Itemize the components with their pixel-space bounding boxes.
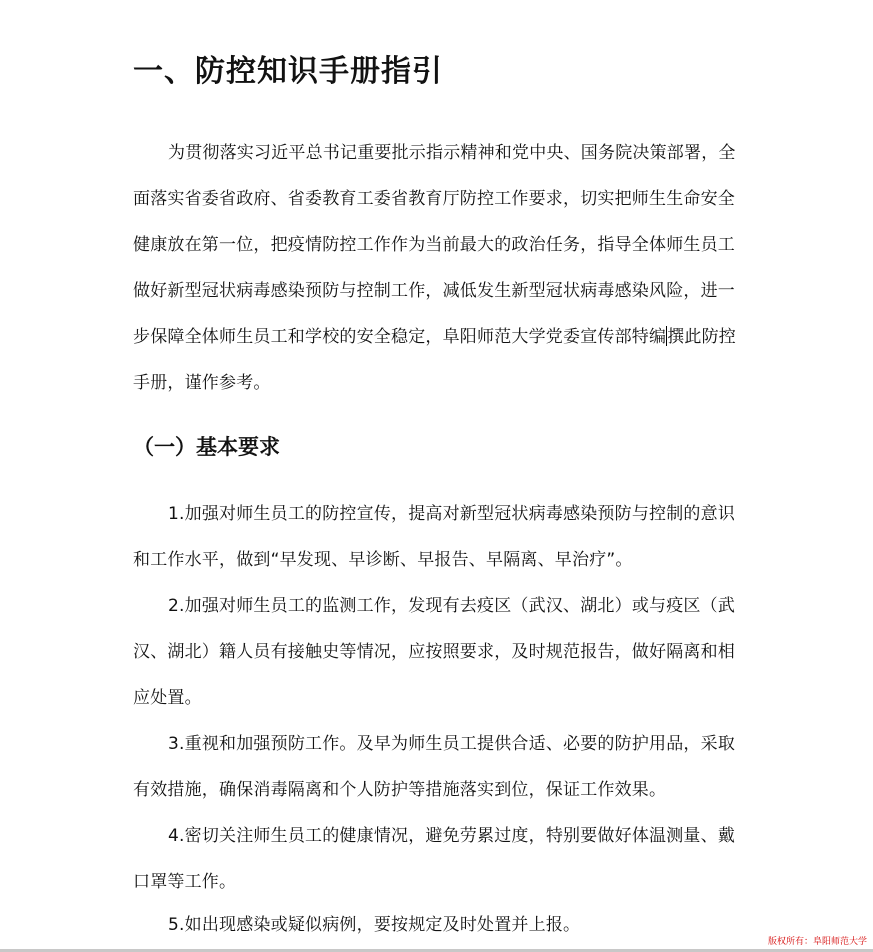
intro-line-4: 做好新型冠状病毒感染预防与控制工作，减低发生新型冠状病毒感染风险，进一 bbox=[133, 280, 735, 302]
list-item-5-line-1: 5.如出现感染或疑似病例，要按规定及时处置并上报。 bbox=[168, 914, 580, 936]
section-heading: （一）基本要求 bbox=[133, 433, 280, 461]
intro-line-2: 面落实省委省政府、省委教育工委省教育厅防控工作要求，切实把师生生命安全 bbox=[133, 188, 735, 210]
intro-line-3: 健康放在第一位，把疫情防控工作作为当前最大的政治任务，指导全体师生员工 bbox=[133, 234, 735, 256]
intro-line-1: 为贯彻落实习近平总书记重要批示指示精神和党中央、国务院决策部署，全 bbox=[168, 142, 736, 164]
list-item-1-line-2: 和工作水平，做到“早发现、早诊断、早报告、早隔离、早治疗”。 bbox=[133, 549, 633, 571]
list-item-2-line-2: 汉、湖北）籍人员有接触史等情况，应按照要求，及时规范报告，做好隔离和相 bbox=[133, 641, 735, 663]
list-item-2-line-3: 应处置。 bbox=[133, 687, 202, 709]
list-item-4-line-1: 4.密切关注师生员工的健康情况，避免劳累过度，特别要做好体温测量、戴 bbox=[168, 825, 735, 847]
list-item-1-line-1: 1.加强对师生员工的防控宣传，提高对新型冠状病毒感染预防与控制的意识 bbox=[168, 503, 735, 525]
list-item-2-line-1: 2.加强对师生员工的监测工作，发现有去疫区（武汉、湖北）或与疫区（武 bbox=[168, 595, 735, 617]
list-item-4-line-2: 口罩等工作。 bbox=[133, 871, 236, 893]
document-page: 一、防控知识手册指引 为贯彻落实习近平总书记重要批示指示精神和党中央、国务院决策… bbox=[0, 0, 873, 949]
intro-line-5-before-caret: 步保障全体师生员工和学校的安全稳定，阜阳师范大学党委宣传部特编 bbox=[133, 327, 666, 347]
intro-line-5-after-caret: 撰此防控 bbox=[667, 327, 736, 347]
list-item-3-line-2: 有效措施，确保消毒隔离和个人防护等措施落实到位，保证工作效果。 bbox=[133, 779, 666, 801]
page-title: 一、防控知识手册指引 bbox=[133, 52, 443, 92]
intro-line-5[interactable]: 步保障全体师生员工和学校的安全稳定，阜阳师范大学党委宣传部特编撰此防控 bbox=[133, 326, 736, 348]
list-item-3-line-1: 3.重视和加强预防工作。及早为师生员工提供合适、必要的防护用品，采取 bbox=[168, 733, 735, 755]
intro-line-6: 手册，谨作参考。 bbox=[133, 372, 271, 394]
copyright-watermark: 版权所有：阜阳师范大学 bbox=[768, 934, 867, 947]
